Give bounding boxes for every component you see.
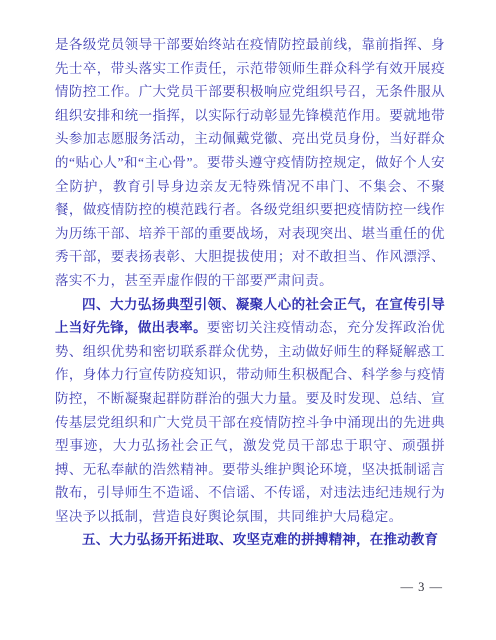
paragraph-section-4: 四、大力弘扬典型引领、凝聚人心的社会正气，在宣传引导上当好先锋，做出表率。要密切… xyxy=(55,293,445,529)
document-page: 是各级党员领导干部要始终站在疫情防控最前线，靠前指挥、身先士卒，带头落实工作责任… xyxy=(0,0,496,640)
section-5-heading: 五、大力弘扬开拓进取、攻坚克难的拼搏精神，在推动教育 xyxy=(82,532,438,547)
paragraph-continuation: 是各级党员领导干部要始终站在疫情防控最前线，靠前指挥、身先士卒，带头落实工作责任… xyxy=(55,33,445,293)
section-4-body: 要密切关注疫情动态，充分发挥政治优势、组织优势和密切联系群众优势，主动做好师生的… xyxy=(55,320,445,524)
page-number: — 3 — xyxy=(401,580,444,595)
paragraph-section-5: 五、大力弘扬开拓进取、攻坚克难的拼搏精神，在推动教育 xyxy=(55,528,445,552)
